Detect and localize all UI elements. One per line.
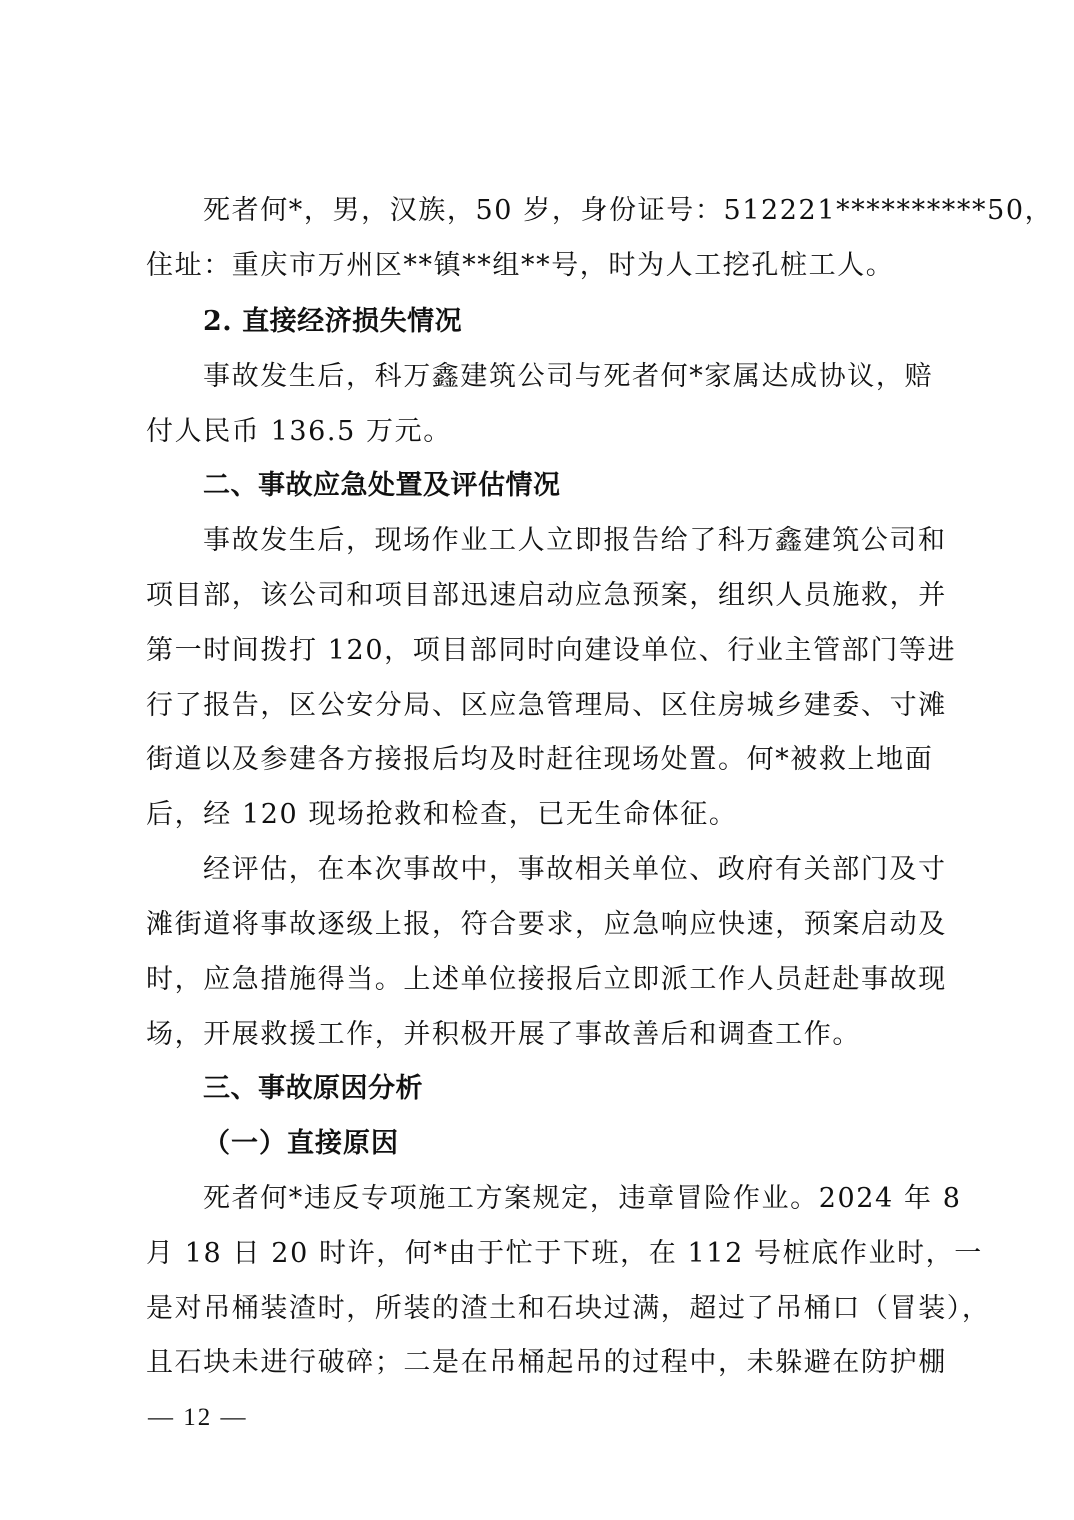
paragraph-line: 时，应急措施得当。上述单位接报后立即派工作人员赶赴事故现 bbox=[146, 963, 947, 997]
document-page: 死者何*，男，汉族，50 岁，身份证号：512221**********50， … bbox=[0, 0, 1074, 1520]
paragraph-line: 第一时间拨打 120，项目部同时向建设单位、行业主管部门等进 bbox=[146, 634, 956, 668]
paragraph-line: 死者何*违反专项施工方案规定，违章冒险作业。2024 年 8 bbox=[203, 1182, 962, 1216]
heading-emergency-response: 二、事故应急处置及评估情况 bbox=[203, 469, 561, 503]
heading-cause-analysis: 三、事故原因分析 bbox=[203, 1072, 423, 1106]
subheading-economic-loss: 2. 直接经济损失情况 bbox=[203, 305, 462, 339]
paragraph-line: 滩街道将事故逐级上报，符合要求，应急响应快速，预案启动及 bbox=[146, 908, 947, 942]
paragraph-line: 是对吊桶装渣时，所装的渣土和石块过满，超过了吊桶口（冒装）， bbox=[146, 1292, 991, 1326]
paragraph-line: 死者何*，男，汉族，50 岁，身份证号：512221**********50， bbox=[203, 194, 1053, 228]
paragraph-line: 付人民币 136.5 万元。 bbox=[146, 415, 452, 449]
page-number: — 12 — bbox=[148, 1403, 248, 1433]
paragraph-line: 住址：重庆市万州区**镇**组**号，时为人工挖孔桩工人。 bbox=[146, 249, 894, 283]
paragraph-line: 项目部，该公司和项目部迅速启动应急预案，组织人员施救，并 bbox=[146, 579, 947, 613]
paragraph-line: 经评估，在本次事故中，事故相关单位、政府有关部门及寸 bbox=[203, 853, 947, 887]
paragraph-line: 场，开展救援工作，并积极开展了事故善后和调查工作。 bbox=[146, 1018, 861, 1052]
paragraph-line: 事故发生后，现场作业工人立即报告给了科万鑫建筑公司和 bbox=[203, 524, 947, 558]
paragraph-line: 后，经 120 现场抢救和检查，已无生命体征。 bbox=[146, 798, 738, 832]
paragraph-line: 街道以及参建各方接报后均及时赶往现场处置。何*被救上地面 bbox=[146, 743, 933, 777]
paragraph-line: 事故发生后，科万鑫建筑公司与死者何*家属达成协议，赔 bbox=[203, 360, 933, 394]
paragraph-line: 行了报告，区公安分局、区应急管理局、区住房城乡建委、寸滩 bbox=[146, 689, 947, 723]
subheading-direct-cause: （一）直接原因 bbox=[203, 1127, 399, 1161]
paragraph-line: 且石块未进行破碎；二是在吊桶起吊的过程中，未躲避在防护棚 bbox=[146, 1346, 947, 1380]
paragraph-line: 月 18 日 20 时许，何*由于忙于下班，在 112 号桩底作业时，一 bbox=[146, 1237, 983, 1271]
